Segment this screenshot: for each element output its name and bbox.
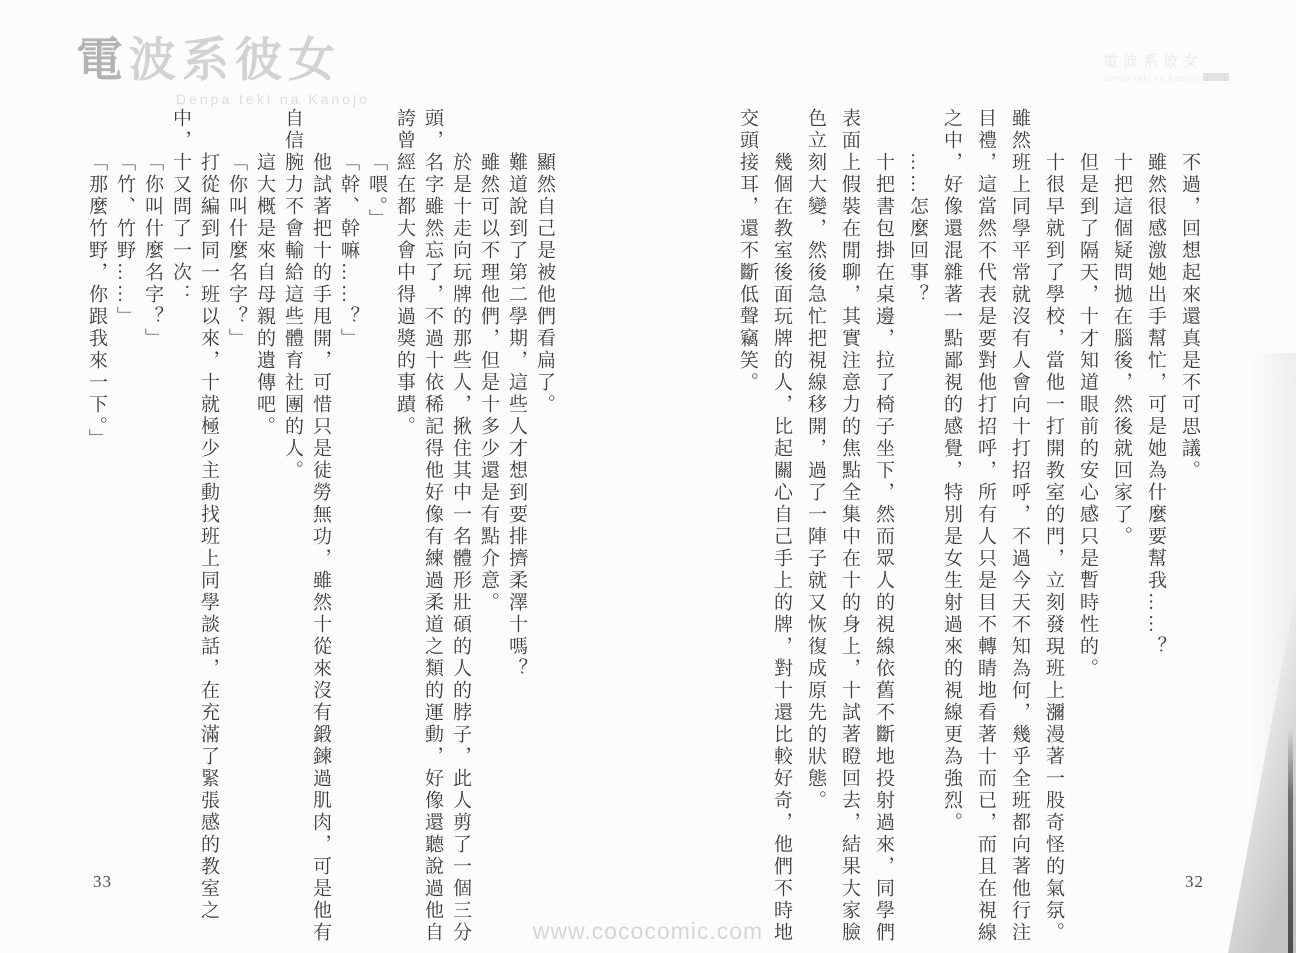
page-right-body-text: 不過，回想起來還真是不可思議。雖然很感激她出手幫忙，可是她為什麼要幫我……？十把… — [726, 108, 1206, 953]
paragraph: 「你叫什麼名字？」 — [138, 108, 166, 953]
paragraph: 不過，回想起來還真是不可思議。 — [1172, 108, 1206, 953]
page-left-body-text: 顯然自己是被他們看扁了。難道說到了第二學期，這些人才想到要排擠柔澤十嗎？雖然可以… — [82, 108, 558, 953]
series-logo: 電波系彼女 Denpa teki na Kanojo — [76, 26, 376, 107]
series-logo-title-first-char: 電 — [76, 35, 129, 87]
paragraph: 他試著把十的手甩開，可惜只是徒勞無功，雖然十從來沒有鍛鍊過肌肉，可是他有自信腕力… — [278, 108, 334, 953]
paragraph: 但是到了隔天，十才知道眼前的安心感只是暫時性的。 — [1070, 108, 1104, 953]
paragraph: 十把這個疑問拋在腦後，然後就回家了。 — [1104, 108, 1138, 953]
page-edge-line — [1288, 728, 1293, 953]
series-logo-title: 電波系彼女 — [76, 26, 376, 97]
publisher-mark — [1203, 73, 1229, 81]
page-number-right: 32 — [1185, 872, 1204, 892]
series-logo-title-rest: 波系彼女 — [129, 35, 341, 87]
paragraph: 十把書包掛在桌邊，拉了椅子坐下，然而眾人的視線依舊不斷地投射過來，同學們表面上假… — [798, 108, 900, 953]
running-header-title: 電波系彼女 — [1103, 50, 1273, 71]
paragraph: 難道說到了第二學期，這些人才想到要排擠柔澤十嗎？ — [502, 108, 530, 953]
paragraph: 「竹、竹野……」 — [110, 108, 138, 953]
watermark: www.cococomic.com — [0, 918, 1296, 945]
paragraph: 幾個在教室後面玩牌的人，比起關心自己手上的牌，對十還比較好奇，他們不時地交頭接耳… — [730, 108, 798, 953]
paragraph: 「那麼竹野，你跟我來一下。」 — [82, 108, 110, 953]
paragraph: 「喂。」 — [362, 108, 390, 953]
running-header: 電波系彼女 Denpa teki na Kanojo — [1103, 50, 1273, 83]
paragraph: 十很早就到了學校，當他一打開教室的門，立刻發現班上瀰漫著一股奇怪的氣氛。雖然班上… — [934, 108, 1070, 953]
paragraph: 雖然可以不理他們，但是十多少還是有點介意。 — [474, 108, 502, 953]
paragraph: ……怎麼回事？ — [900, 108, 934, 953]
paragraph: 「幹、幹嘛……？」 — [334, 108, 362, 953]
paragraph: 這大概是來自母親的遺傳吧。 — [250, 108, 278, 953]
running-header-romaji: Denpa teki na Kanojo — [1103, 73, 1273, 83]
paragraph: 於是十走向玩牌的那些人，揪住其中一名體形壯碩的人的脖子，此人剪了一個三分頭，名字… — [390, 108, 474, 953]
paragraph: 打從編到同一班以來，十就極少主動找班上同學談話，在充滿了緊張感的教室之中，十又問… — [166, 108, 222, 953]
paragraph: 「你叫什麼名字？」 — [222, 108, 250, 953]
page-number-left: 33 — [93, 872, 112, 892]
paragraph: 雖然很感激她出手幫忙，可是她為什麼要幫我……？ — [1138, 108, 1172, 953]
paragraph: 顯然自己是被他們看扁了。 — [530, 108, 558, 953]
